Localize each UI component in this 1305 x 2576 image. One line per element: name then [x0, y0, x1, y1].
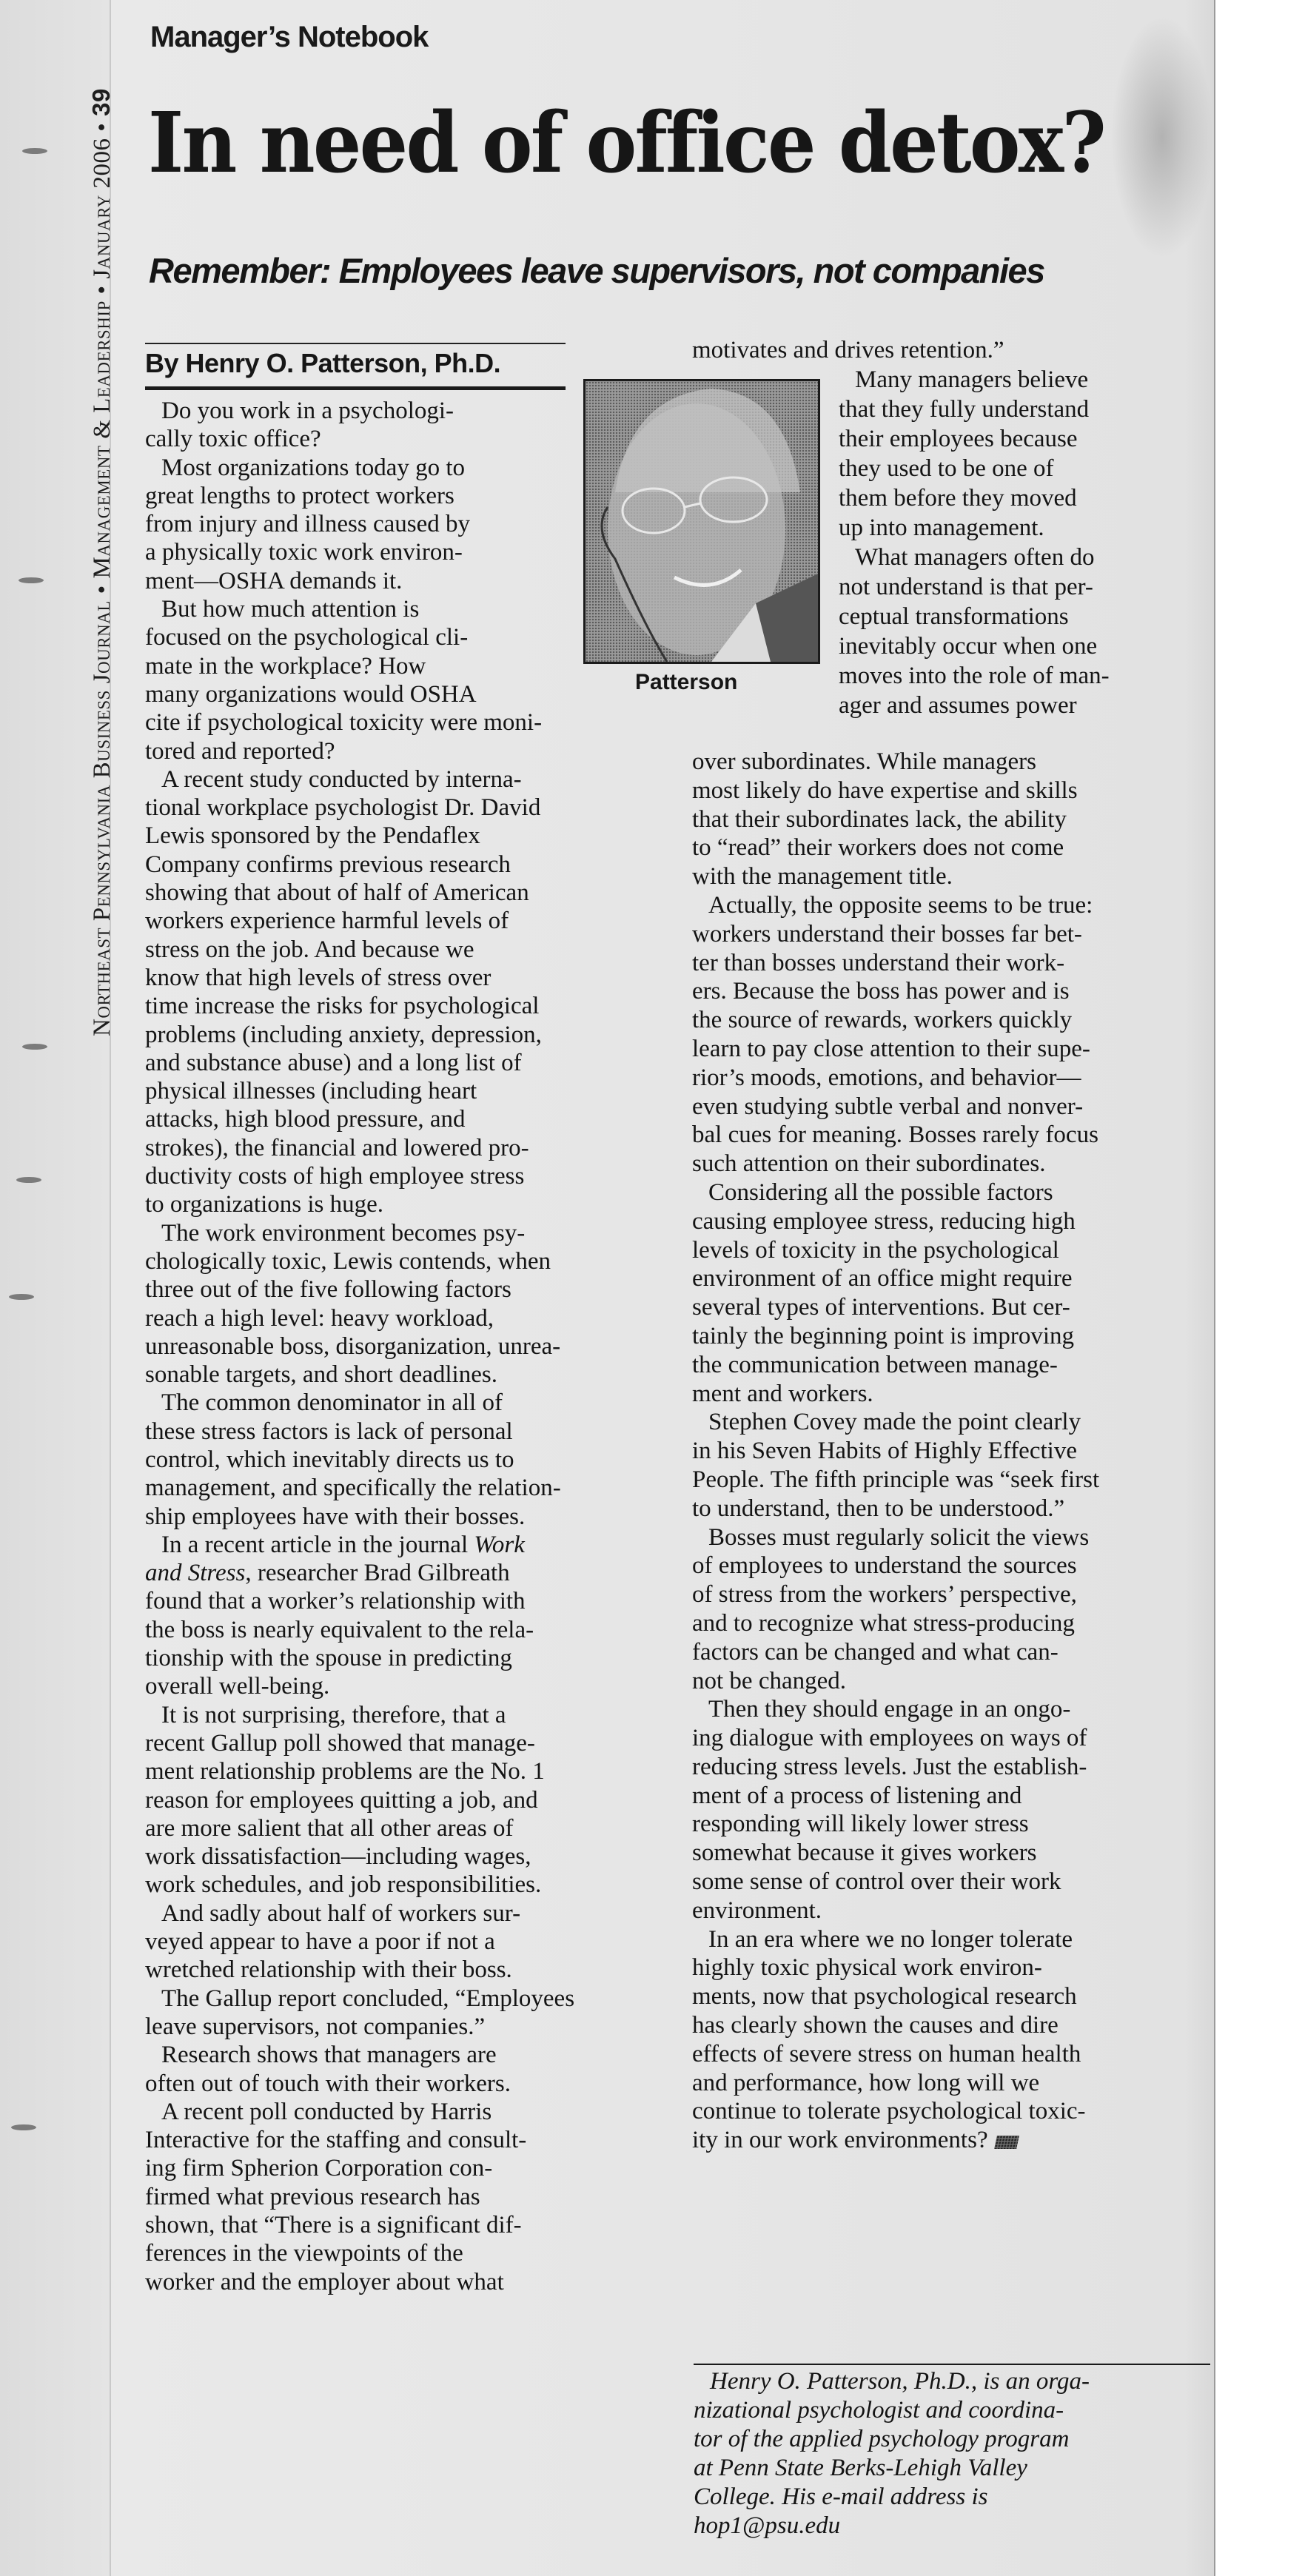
text-line: has clearly shown the causes and dire	[692, 2011, 1099, 2040]
text-line-content: overall well-being.	[145, 1673, 329, 1700]
text-line-content: In a recent article in the journal	[161, 1532, 474, 1558]
author-bio: Henry O. Patterson, Ph.D., is an orga-ni…	[694, 2367, 1090, 2540]
text-line: they used to be one of	[839, 454, 1110, 483]
text-line: Research shows that managers are	[145, 2041, 574, 2069]
text-line: at Penn State Berks-Lehigh Valley	[694, 2454, 1090, 2483]
spine-separator: •	[89, 285, 115, 294]
text-line: problems (including anxiety, depression,	[145, 1021, 574, 1049]
text-line-content: In an era where we no longer tolerate	[708, 1926, 1073, 1953]
text-line: ers. Because the boss has power and is	[692, 977, 1099, 1006]
text-line: The work environment becomes psy-	[145, 1219, 574, 1247]
text-line: leave supervisors, not companies.”	[145, 2013, 574, 2041]
text-line-content: has clearly shown the causes and dire	[692, 2012, 1059, 2039]
text-line-content: environment of an office might require	[692, 1265, 1072, 1292]
text-line-content: mate in the workplace? How	[145, 653, 426, 680]
text-line: and to recognize what stress-producing	[692, 1609, 1099, 1638]
text-line-content: effects of severe stress on human health	[692, 2041, 1081, 2067]
text-line: ferences in the viewpoints of the	[145, 2239, 574, 2267]
text-line-content: the boss is nearly equivalent to the rel…	[145, 1617, 534, 1643]
text-line: A recent study conducted by interna-	[145, 765, 574, 794]
text-line-content: chologically toxic, Lewis contends, when	[145, 1248, 551, 1275]
text-line-content: to organizations is huge.	[145, 1191, 383, 1218]
text-line: People. The fifth principle was “seek fi…	[692, 1466, 1099, 1495]
text-line: somewhat because it gives workers	[692, 1839, 1099, 1868]
text-line-content: ments, now that psychological research	[692, 1983, 1077, 2010]
text-line: ductivity costs of high employee stress	[145, 1162, 574, 1190]
right-column-continuation: motivates and drives retention.”	[692, 336, 1004, 364]
text-line-content: time increase the risks for psychologica…	[145, 993, 539, 1019]
text-line: stress on the job. And because we	[145, 936, 574, 964]
text-line: attacks, high blood pressure, and	[145, 1105, 574, 1133]
text-line-content: and to recognize what stress-producing	[692, 1610, 1075, 1637]
text-line-content: learn to pay close attention to their su…	[692, 1036, 1090, 1062]
text-line: time increase the risks for psychologica…	[145, 992, 574, 1020]
text-line: workers understand their bosses far bet-	[692, 920, 1099, 949]
text-line-content: ager and assumes power	[839, 692, 1077, 719]
text-line: found that a worker’s relationship with	[145, 1587, 574, 1615]
spine-publication: Northeast Pennsylvania Business Journal	[89, 600, 115, 1036]
text-line-content: leave supervisors, not companies.”	[145, 2013, 485, 2040]
text-line-content: tional workplace psychologist Dr. David	[145, 794, 540, 821]
text-line: inevitably occur when one	[839, 631, 1110, 661]
text-line-content: Company confirms previous research	[145, 851, 511, 878]
text-line-content: management, and specifically the relatio…	[145, 1475, 561, 1501]
text-line: control, which inevitably directs us to	[145, 1446, 574, 1474]
text-line: to “read” their workers does not come	[692, 833, 1099, 862]
text-line: ment of a process of listening and	[692, 1782, 1099, 1811]
newsprint-page: Northeast Pennsylvania Business Journal …	[0, 0, 1215, 2576]
text-line-content: sonable targets, and short deadlines.	[145, 1361, 497, 1388]
print-smudge	[1110, 15, 1214, 259]
text-line-content: problems (including anxiety, depression,	[145, 1022, 542, 1048]
text-line: over subordinates. While managers	[692, 748, 1099, 777]
spine-section: Management & Leadership	[89, 301, 115, 578]
text-line-content: strokes), the financial and lowered pro-	[145, 1135, 529, 1161]
text-line: not be changed.	[692, 1667, 1099, 1696]
spine-folio: Northeast Pennsylvania Business Journal …	[87, 88, 116, 1036]
section-kicker: Manager’s Notebook	[150, 21, 428, 54]
text-line: ments, now that psychological research	[692, 1982, 1099, 2011]
text-line-content: over subordinates. While managers	[692, 748, 1036, 775]
byline: By Henry O. Patterson, Ph.D.	[145, 348, 500, 379]
text-line: bal cues for meaning. Bosses rarely focu…	[692, 1121, 1099, 1150]
text-line-content: cally toxic office?	[145, 426, 321, 452]
text-line-content: stress on the job. And because we	[145, 936, 474, 963]
text-line-content: College. His e-mail address is	[694, 2483, 988, 2510]
text-line: continue to tolerate psychological toxic…	[692, 2097, 1099, 2126]
text-line-content: Do you work in a psychologi-	[161, 398, 454, 424]
text-line-content: inevitably occur when one	[839, 633, 1097, 660]
text-line: three out of the five following factors	[145, 1275, 574, 1304]
text-line: firmed what previous research has	[145, 2183, 574, 2211]
text-line: tionship with the spouse in predicting	[145, 1644, 574, 1672]
text-line: the communication between manage-	[692, 1351, 1099, 1380]
text-line: ment relationship problems are the No. 1	[145, 1757, 574, 1785]
text-line-content: the communication between manage-	[692, 1352, 1058, 1378]
text-line: ing dialogue with employees on ways of	[692, 1724, 1099, 1753]
text-line: ing firm Spherion Corporation con-	[145, 2154, 574, 2182]
text-line: levels of toxicity in the psychological	[692, 1236, 1099, 1265]
text-line: overall well-being.	[145, 1672, 574, 1700]
text-line-content: responding will likely lower stress	[692, 1811, 1029, 1837]
deck-subheadline: Remember: Employees leave supervisors, n…	[149, 250, 1044, 291]
text-line-content: work schedules, and job responsibilities…	[145, 1871, 541, 1898]
text-line: mate in the workplace? How	[145, 652, 574, 680]
text-line-content: A recent poll conducted by Harris	[161, 2099, 492, 2125]
text-line: not understand is that per-	[839, 572, 1110, 602]
text-line-content: highly toxic physical work environ-	[692, 1954, 1042, 1981]
text-line-content: factors can be changed and what can-	[692, 1639, 1059, 1666]
text-line: ter than bosses understand their work-	[692, 949, 1099, 978]
text-line-content: that their subordinates lack, the abilit…	[692, 806, 1067, 833]
text-line: In an era where we no longer tolerate	[692, 1925, 1099, 1954]
text-line-content: Many managers believe	[855, 366, 1088, 393]
text-line: Most organizations today go to	[145, 454, 574, 482]
text-line-content: The Gallup report concluded, “Employees	[161, 1985, 574, 2012]
text-line-content: And sadly about half of workers sur-	[161, 1900, 520, 1927]
text-line-content: somewhat because it gives workers	[692, 1839, 1037, 1866]
text-line: Company confirms previous research	[145, 851, 574, 879]
text-line-content: Most organizations today go to	[161, 455, 465, 481]
author-photo	[583, 379, 820, 664]
punch-hole	[9, 1294, 34, 1300]
text-line: rior’s moods, emotions, and behavior—	[692, 1064, 1099, 1093]
text-line-content: Research shows that managers are	[161, 2042, 497, 2068]
text-line: wretched relationship with their boss.	[145, 1956, 574, 1984]
text-line-content: It is not surprising, therefore, that a	[161, 1702, 506, 1728]
text-line-content: their employees because	[839, 426, 1078, 452]
text-line-content: up into management.	[839, 514, 1044, 541]
text-line: many organizations would OSHA	[145, 680, 574, 708]
text-line-content: ductivity costs of high employee stress	[145, 1163, 524, 1190]
text-line-content: shown, that “There is a significant dif-	[145, 2212, 522, 2238]
photo-caption: Patterson	[635, 670, 737, 695]
right-column-beside-photo: Many managers believethat they fully und…	[839, 365, 1110, 720]
text-line-content: motivates and drives retention.”	[692, 337, 1004, 363]
text-line: Then they should engage in an ongo-	[692, 1695, 1099, 1724]
text-line-content: reason for employees quitting a job, and	[145, 1787, 538, 1814]
spine-date: January 2006	[89, 138, 115, 278]
byline-bottom-rule	[145, 386, 566, 390]
text-line-content: ers. Because the boss has power and is	[692, 978, 1070, 1004]
text-line-content: great lengths to protect workers	[145, 483, 454, 509]
text-line: several types of interventions. But cer-	[692, 1293, 1099, 1322]
text-line-content: most likely do have expertise and skills	[692, 777, 1078, 804]
text-line: What managers often do	[839, 543, 1110, 572]
text-line-content: work dissatisfaction—including wages,	[145, 1843, 531, 1870]
text-line-content: control, which inevitably directs us to	[145, 1446, 514, 1473]
text-line-content: workers understand their bosses far bet-	[692, 921, 1082, 947]
text-line: focused on the psychological cli-	[145, 623, 574, 651]
text-line-content: these stress factors is lack of personal	[145, 1418, 513, 1445]
text-line-content: them before they moved	[839, 485, 1077, 511]
text-line-content: they used to be one of	[839, 455, 1054, 482]
text-line: Henry O. Patterson, Ph.D., is an orga-	[694, 2367, 1090, 2396]
text-line: ceptual transformations	[839, 602, 1110, 631]
text-line: Actually, the opposite seems to be true:	[692, 891, 1099, 920]
text-line: environment.	[692, 1896, 1099, 1925]
text-line: reach a high level: heavy workload,	[145, 1304, 574, 1332]
text-line: And sadly about half of workers sur-	[145, 1899, 574, 1928]
text-line: to organizations is huge.	[145, 1190, 574, 1218]
text-line: tor of the applied psychology program	[694, 2425, 1090, 2454]
text-line: showing that about of half of American	[145, 879, 574, 907]
text-line-content: three out of the five following factors	[145, 1276, 511, 1303]
text-line-content: with the management title.	[692, 863, 953, 890]
text-line-content: ferences in the viewpoints of the	[145, 2240, 463, 2267]
text-line-content: of employees to understand the sources	[692, 1552, 1077, 1579]
text-line: physical illnesses (including heart	[145, 1077, 574, 1105]
text-line-content: recent Gallup poll showed that manage-	[145, 1730, 535, 1757]
text-line: strokes), the financial and lowered pro-	[145, 1134, 574, 1162]
text-line-content: such attention on their subordinates.	[692, 1150, 1046, 1177]
text-line-content: to understand, then to be understood.”	[692, 1495, 1064, 1522]
portrait-icon	[586, 381, 818, 662]
text-line-content: worker and the employer about what	[145, 2269, 504, 2295]
text-line: often out of touch with their workers.	[145, 2070, 574, 2098]
text-line: shown, that “There is a significant dif-	[145, 2211, 574, 2239]
text-line-content: ment relationship problems are the No. 1	[145, 1758, 545, 1785]
text-line: cite if psychological toxicity were moni…	[145, 708, 574, 737]
text-line-content: tor of the applied psychology program	[694, 2426, 1069, 2452]
text-line-content: The work environment becomes psy-	[161, 1220, 525, 1247]
text-line-content: not be changed.	[692, 1668, 846, 1694]
text-line-content: many organizations would OSHA	[145, 681, 477, 708]
text-line-content: hop1@psu.edu	[694, 2512, 840, 2539]
punch-hole	[22, 148, 47, 154]
text-line-content: moves into the role of man-	[839, 663, 1110, 689]
text-line: in his Seven Habits of Highly Effective	[692, 1437, 1099, 1466]
text-line: worker and the employer about what	[145, 2268, 574, 2296]
text-line: causing employee stress, reducing high	[692, 1207, 1099, 1236]
text-line-content: tored and reported?	[145, 738, 335, 765]
text-line: sonable targets, and short deadlines.	[145, 1361, 574, 1389]
text-line-content: and substance abuse) and a long list of	[145, 1050, 522, 1076]
text-line-content: some sense of control over their work	[692, 1868, 1061, 1895]
text-line: that they fully understand	[839, 395, 1110, 424]
text-line: them before they moved	[839, 483, 1110, 513]
text-line-content: tainly the beginning point is improving	[692, 1323, 1074, 1349]
text-line-content: ter than bosses understand their work-	[692, 950, 1064, 976]
text-line: of employees to understand the sources	[692, 1552, 1099, 1580]
spine-separator: •	[89, 123, 115, 132]
text-line: know that high levels of stress over	[145, 964, 574, 992]
spine-page-number: 39	[87, 88, 115, 116]
text-line-content: of stress from the workers’ perspective,	[692, 1581, 1077, 1608]
punch-hole	[22, 1044, 47, 1050]
text-line-content: Considering all the possible factors	[708, 1179, 1053, 1206]
text-line: Do you work in a psychologi-	[145, 397, 574, 425]
text-line: ment—OSHA demands it.	[145, 567, 574, 595]
text-line-content: ment and workers.	[692, 1381, 873, 1407]
text-line: a physically toxic work environ-	[145, 538, 574, 566]
text-line: The Gallup report concluded, “Employees	[145, 1985, 574, 2013]
text-line: workers experience harmful levels of	[145, 907, 574, 935]
text-line-content: cite if psychological toxicity were moni…	[145, 709, 542, 736]
text-line: and Stress, researcher Brad Gilbreath	[145, 1559, 574, 1587]
text-line: ment and workers.	[692, 1380, 1099, 1409]
text-line: management, and specifically the relatio…	[145, 1474, 574, 1502]
text-line-content: ity in our work environments?	[692, 2127, 988, 2153]
text-line: It is not surprising, therefore, that a	[145, 1701, 574, 1729]
text-line: But how much attention is	[145, 595, 574, 623]
byline-top-rule	[145, 343, 566, 344]
text-line-content: workers experience harmful levels of	[145, 908, 509, 934]
text-line: highly toxic physical work environ-	[692, 1953, 1099, 1982]
text-line: Considering all the possible factors	[692, 1178, 1099, 1207]
text-line: cally toxic office?	[145, 425, 574, 453]
text-line-content: continue to tolerate psychological toxic…	[692, 2098, 1086, 2124]
text-line: reason for employees quitting a job, and	[145, 1786, 574, 1814]
text-line: ity in our work environments?	[692, 2126, 1099, 2155]
text-line: great lengths to protect workers	[145, 482, 574, 510]
text-line-content: The common denominator in all of	[161, 1389, 503, 1416]
text-line-content: environment.	[692, 1897, 822, 1924]
text-line-content: Stephen Covey made the point clearly	[708, 1409, 1081, 1435]
text-line: moves into the role of man-	[839, 661, 1110, 691]
text-line: veyed appear to have a poor if not a	[145, 1928, 574, 1956]
text-line-content: ceptual transformations	[839, 603, 1069, 630]
text-line-content: often out of touch with their workers.	[145, 2070, 511, 2097]
text-line-content: tionship with the spouse in predicting	[145, 1645, 512, 1671]
text-line-content: ship employees have with their bosses.	[145, 1503, 525, 1530]
text-line-content: People. The fifth principle was “seek fi…	[692, 1466, 1099, 1493]
punch-hole	[11, 2124, 36, 2130]
text-line-content: Actually, the opposite seems to be true:	[708, 892, 1093, 919]
text-line: ager and assumes power	[839, 691, 1110, 720]
text-line-content: at Penn State Berks-Lehigh Valley	[694, 2455, 1027, 2481]
text-line: Lewis sponsored by the Pendaflex	[145, 822, 574, 850]
text-line-content: not understand is that per-	[839, 574, 1093, 600]
text-line: Many managers believe	[839, 365, 1110, 395]
text-line: tored and reported?	[145, 737, 574, 765]
text-line-content: Bosses must regularly solicit the views	[708, 1524, 1089, 1551]
text-line-content: bal cues for meaning. Bosses rarely focu…	[692, 1121, 1098, 1148]
end-of-article-icon	[994, 2136, 1019, 2149]
text-line: hop1@psu.edu	[694, 2512, 1090, 2540]
text-line-content: even studying subtle verbal and nonver-	[692, 1093, 1083, 1120]
text-line-content: attacks, high blood pressure, and	[145, 1106, 466, 1133]
text-line: most likely do have expertise and skills	[692, 777, 1099, 805]
text-line: unreasonable boss, disorganization, unre…	[145, 1332, 574, 1361]
text-line: effects of severe stress on human health	[692, 2040, 1099, 2069]
text-line: some sense of control over their work	[692, 1868, 1099, 1896]
text-line-content: veyed appear to have a poor if not a	[145, 1928, 495, 1955]
text-line: such attention on their subordinates.	[692, 1150, 1099, 1178]
journal-title: and Stress	[145, 1560, 245, 1586]
text-line-content: causing employee stress, reducing high	[692, 1208, 1076, 1235]
text-line-content: physical illnesses (including heart	[145, 1078, 477, 1104]
text-line: up into management.	[839, 513, 1110, 543]
text-line: to understand, then to be understood.”	[692, 1495, 1099, 1523]
text-line-content: a physically toxic work environ-	[145, 539, 463, 566]
text-line-content: reducing stress levels. Just the establi…	[692, 1754, 1087, 1780]
text-line: and substance abuse) and a long list of	[145, 1049, 574, 1077]
text-line-content: unreasonable boss, disorganization, unre…	[145, 1333, 560, 1360]
text-line-content: found that a worker’s relationship with	[145, 1588, 526, 1614]
punch-hole	[16, 1177, 41, 1183]
left-column-body: Do you work in a psychologi-cally toxic …	[145, 397, 574, 2296]
text-line: even studying subtle verbal and nonver-	[692, 1093, 1099, 1121]
text-line-content: in his Seven Habits of Highly Effective	[692, 1438, 1077, 1464]
text-line-content: rior’s moods, emotions, and behavior—	[692, 1064, 1081, 1091]
text-line: these stress factors is lack of personal	[145, 1418, 574, 1446]
text-line-content: Lewis sponsored by the Pendaflex	[145, 822, 480, 849]
text-line-content: from injury and illness caused by	[145, 511, 470, 537]
text-line: factors can be changed and what can-	[692, 1638, 1099, 1667]
text-line-content: A recent study conducted by interna-	[161, 766, 522, 793]
text-line-content: and performance, how long will we	[692, 2070, 1039, 2096]
text-line: In a recent article in the journal Work	[145, 1531, 574, 1559]
text-line-content: focused on the psychological cli-	[145, 624, 468, 651]
text-line: motivates and drives retention.”	[692, 336, 1004, 364]
text-line-content: several types of interventions. But cer-	[692, 1294, 1070, 1321]
text-line: work dissatisfaction—including wages,	[145, 1842, 574, 1871]
journal-title: Work	[474, 1532, 524, 1558]
text-line: from injury and illness caused by	[145, 510, 574, 538]
text-line-content: What managers often do	[855, 544, 1094, 571]
text-line-content: reach a high level: heavy workload,	[145, 1305, 494, 1332]
text-line: College. His e-mail address is	[694, 2483, 1090, 2512]
text-line: the source of rewards, workers quickly	[692, 1006, 1099, 1035]
text-line: work schedules, and job responsibilities…	[145, 1871, 574, 1899]
text-line-content: ing firm Spherion Corporation con-	[145, 2155, 492, 2181]
text-line: tional workplace psychologist Dr. David	[145, 794, 574, 822]
text-line: The common denominator in all of	[145, 1389, 574, 1417]
text-line-content: ing dialogue with employees on ways of	[692, 1725, 1087, 1751]
text-line: learn to pay close attention to their su…	[692, 1035, 1099, 1064]
text-line: chologically toxic, Lewis contends, when	[145, 1247, 574, 1275]
bio-rule	[694, 2364, 1210, 2365]
text-line: ship employees have with their bosses.	[145, 1503, 574, 1531]
text-line: Stephen Covey made the point clearly	[692, 1408, 1099, 1437]
text-line-content: , researcher Brad Gilbreath	[245, 1560, 509, 1586]
text-line-content: Henry O. Patterson, Ph.D., is an orga-	[710, 2368, 1090, 2395]
headline: In need of office detox?	[148, 95, 1104, 192]
text-line: environment of an office might require	[692, 1264, 1099, 1293]
text-line: recent Gallup poll showed that manage-	[145, 1729, 574, 1757]
text-line-content: Then they should engage in an ongo-	[708, 1696, 1070, 1723]
text-line-content: wretched relationship with their boss.	[145, 1956, 512, 1983]
text-line: of stress from the workers’ perspective,	[692, 1580, 1099, 1609]
text-line-content: But how much attention is	[161, 596, 419, 623]
punch-hole	[19, 577, 44, 583]
text-line-content: to “read” their workers does not come	[692, 834, 1064, 861]
text-line: tainly the beginning point is improving	[692, 1322, 1099, 1351]
text-line-content: ment—OSHA demands it.	[145, 568, 402, 594]
spine-separator: •	[89, 585, 115, 594]
text-line-content: know that high levels of stress over	[145, 965, 491, 991]
text-line: A recent poll conducted by Harris	[145, 2098, 574, 2126]
text-line-content: that they fully understand	[839, 396, 1089, 423]
text-line: responding will likely lower stress	[692, 1810, 1099, 1839]
text-line-content: are more salient that all other areas of	[145, 1815, 514, 1842]
text-line-content: the source of rewards, workers quickly	[692, 1007, 1072, 1033]
text-line-content: Interactive for the staffing and consult…	[145, 2127, 526, 2153]
text-line-content: levels of toxicity in the psychological	[692, 1237, 1059, 1264]
text-line: Interactive for the staffing and consult…	[145, 2126, 574, 2154]
text-line: Bosses must regularly solicit the views	[692, 1523, 1099, 1552]
text-line-content: firmed what previous research has	[145, 2184, 480, 2210]
text-line-content: ment of a process of listening and	[692, 1782, 1021, 1809]
text-line: that their subordinates lack, the abilit…	[692, 805, 1099, 834]
text-line: the boss is nearly equivalent to the rel…	[145, 1616, 574, 1644]
text-line: their employees because	[839, 424, 1110, 454]
text-line: with the management title.	[692, 862, 1099, 891]
right-column-body: over subordinates. While managersmost li…	[692, 748, 1099, 2155]
text-line-content: showing that about of half of American	[145, 879, 529, 906]
text-line: nizational psychologist and coordina-	[694, 2396, 1090, 2425]
